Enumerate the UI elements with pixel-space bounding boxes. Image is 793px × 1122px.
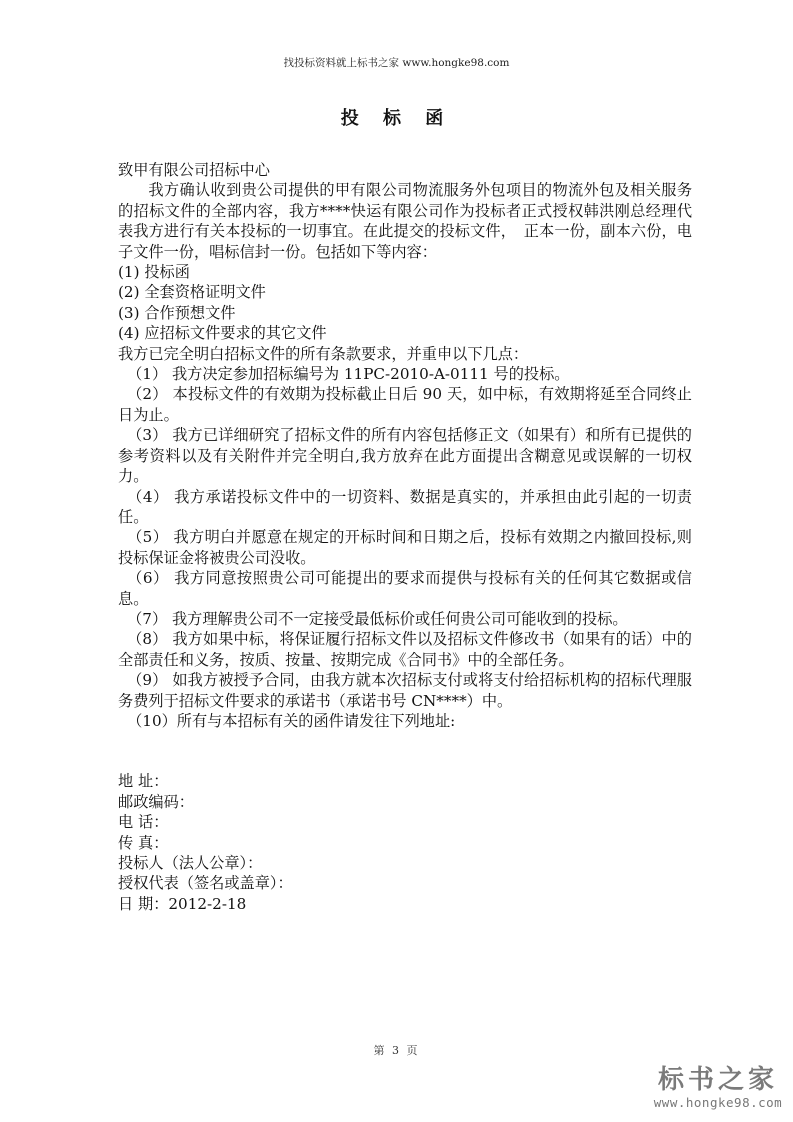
spacer <box>118 731 692 771</box>
field-authorized-rep: 授权代表（签名或盖章）： <box>118 873 692 893</box>
addressee: 致甲有限公司招标中心 <box>118 160 692 180</box>
point-item: （6） 我方同意按照贵公司可能提出的要求而提供与投标有关的任何其它数据或信息。 <box>118 568 692 609</box>
logo-url: www.hongke98.com <box>643 1095 793 1111</box>
statement: 我方已完全明白招标文件的所有条款要求，并重申以下几点： <box>118 344 692 364</box>
point-item: （2） 本投标文件的有效期为投标截止日后 90 天，如中标，有效期将延至合同终止… <box>118 384 692 425</box>
document-title: 投 标 函 <box>0 104 793 130</box>
watermark-logo: 标书之家 www.hongke98.com <box>643 1065 793 1111</box>
field-label: 授权代表（签名或盖章）： <box>118 874 293 892</box>
field-phone: 电 话： <box>118 812 692 832</box>
page-header: 找投标资料就上标书之家 www.hongke98.com <box>0 55 793 70</box>
field-label: 日 期： <box>118 895 168 913</box>
point-item: （9） 如我方被授予合同，由我方就本次招标支付或将支付给招标机构的招标代理服务费… <box>118 670 692 711</box>
point-item: （10）所有与本招标有关的函件请发往下列地址: <box>118 711 692 731</box>
point-item: （1） 我方决定参加招标编号为 11PC-2010-A-0111 号的投标。 <box>118 364 692 384</box>
contents-item: (4) 应招标文件要求的其它文件 <box>118 323 692 343</box>
letter-body: 致甲有限公司招标中心 我方确认收到贵公司提供的甲有限公司物流服务外包项目的物流外… <box>118 160 692 914</box>
field-date: 日 期：2012-2-18 <box>118 894 692 914</box>
field-postcode: 邮政编码： <box>118 792 692 812</box>
field-label: 邮政编码： <box>118 793 194 811</box>
field-address: 地 址： <box>118 771 692 791</box>
point-item: （7） 我方理解贵公司不一定接受最低标价或任何贵公司可能收到的投标。 <box>118 609 692 629</box>
contents-item: (2) 全套资格证明文件 <box>118 282 692 302</box>
field-label: 地 址： <box>118 772 168 790</box>
page-number: 第 3 页 <box>0 1042 793 1058</box>
field-label: 投标人（法人公章）： <box>118 854 262 872</box>
logo-text: 标书之家 <box>643 1065 793 1095</box>
point-item: （8） 我方如果中标，将保证履行招标文件以及招标文件修改书（如果有的话）中的全部… <box>118 629 692 670</box>
field-label: 电 话： <box>118 813 168 831</box>
field-fax: 传 真： <box>118 833 692 853</box>
intro-paragraph: 我方确认收到贵公司提供的甲有限公司物流服务外包项目的物流外包及相关服务的招标文件… <box>118 180 692 262</box>
contents-item: (3) 合作预想文件 <box>118 303 692 323</box>
contents-item: (1) 投标函 <box>118 262 692 282</box>
point-item: （4） 我方承诺投标文件中的一切资料、数据是真实的，并承担由此引起的一切责任。 <box>118 487 692 528</box>
field-label: 传 真： <box>118 834 168 852</box>
field-bidder-seal: 投标人（法人公章）： <box>118 853 692 873</box>
field-value: 2012-2-18 <box>168 895 246 913</box>
point-item: （5） 我方明白并愿意在规定的开标时间和日期之后，投标有效期之内撤回投标,则投标… <box>118 527 692 568</box>
point-item: （3） 我方已详细研究了招标文件的所有内容包括修正文（如果有）和所有已提供的参考… <box>118 425 692 486</box>
